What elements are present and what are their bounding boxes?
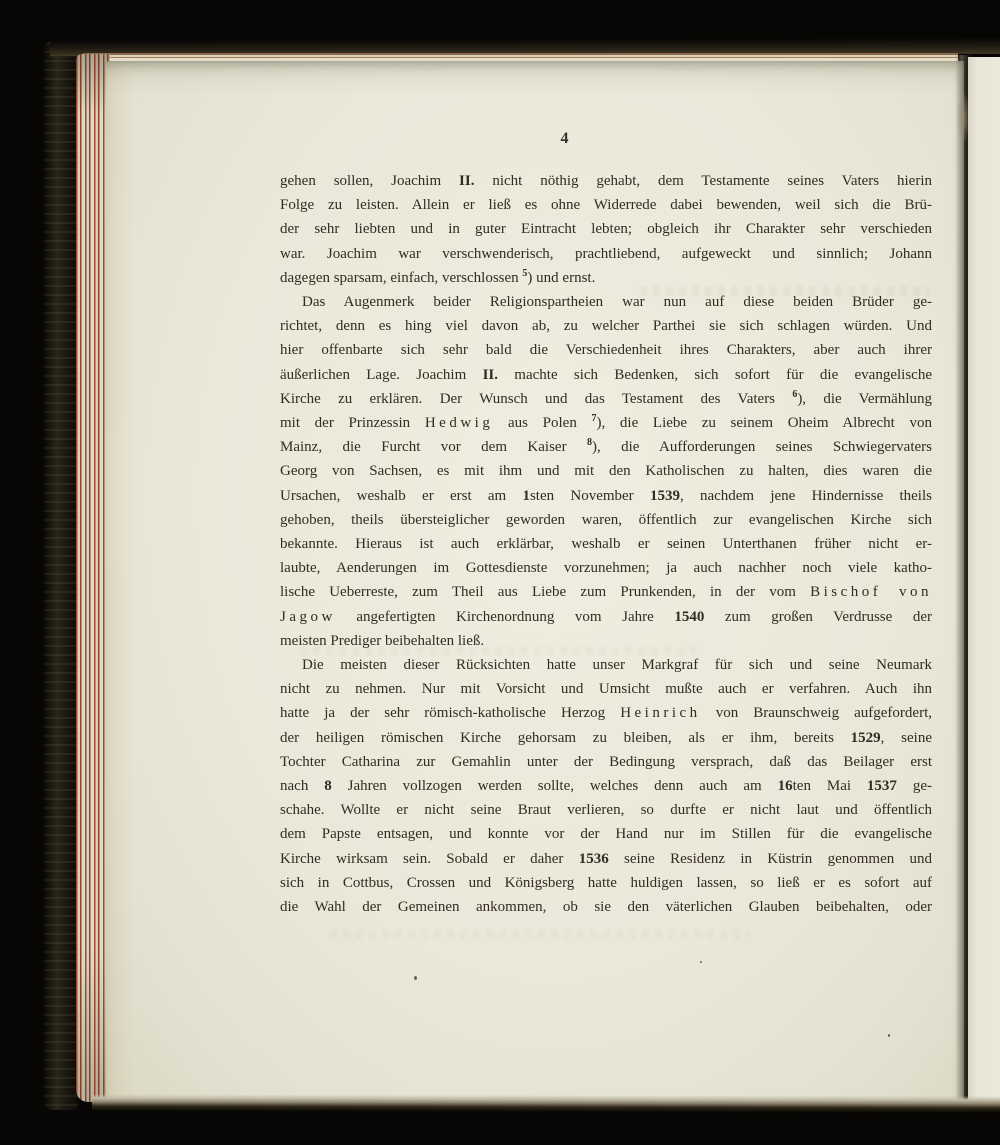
text-line: äußerlichen Lage. Joachim II. machte sic… [280, 363, 932, 387]
text-line: Folge zu leisten. Allein er ließ es ohne… [280, 193, 932, 217]
text-line: war. Joachim war verschwenderisch, prach… [280, 242, 932, 266]
text-line: lische Ueberreste, zum Theil aus Liebe z… [280, 580, 932, 604]
text-line: Tochter Catharina zur Gemahlin unter der… [280, 750, 932, 774]
text-line: Georg von Sachsen, es mit ihm und mit de… [280, 459, 932, 483]
text-line: richtet, denn es hing viel davon ab, zu … [280, 314, 932, 338]
text-line: der heiligen römischen Kirche gehorsam z… [280, 726, 932, 750]
text-line: nach 8 Jahren vollzogen werden sollte, w… [280, 774, 932, 798]
page-stack-bottom-edge [92, 1094, 1000, 1114]
text-line: bekannte. Hieraus ist auch erklärbar, we… [280, 532, 932, 556]
paper-speck [700, 961, 702, 963]
text-line: gehen sollen, Joachim II. nicht nöthig g… [280, 169, 932, 193]
text-line: laubte, Aenderungen im Gottesdienste vor… [280, 556, 932, 580]
text-line: nicht zu nehmen. Nur mit Vorsicht und Um… [280, 677, 932, 701]
text-line: Mainz, die Furcht vor dem Kaiser 8), die… [280, 435, 932, 459]
book-binding-edge [44, 42, 78, 1110]
text-line: meisten Prediger beibehalten ließ. [280, 629, 932, 653]
text-line: gehoben, theils übersteiglicher geworden… [280, 508, 932, 532]
text-line: Kirche zu erklären. Der Wunsch und das T… [280, 387, 932, 411]
page-stack-red-fore-edge [76, 54, 110, 1102]
text-line: Kirche wirksam sein. Sobald er daher 153… [280, 847, 932, 871]
text-line: der sehr liebten und in guter Eintracht … [280, 217, 932, 241]
text-line: schahe. Wollte er nicht seine Braut verl… [280, 798, 932, 822]
text-line: Jagow angefertigten Kirchenordnung vom J… [280, 605, 932, 629]
text-line: die Wahl der Gemeinen ankommen, ob sie d… [280, 895, 932, 919]
book-scan: 4 gehen sollen, Joachim II. nicht nöthig… [0, 0, 1000, 1145]
text-line: hatte ja der sehr römisch-katholische He… [280, 701, 932, 725]
text-line: Ursachen, weshalb er erst am 1sten Novem… [280, 484, 932, 508]
text-block: gehen sollen, Joachim II. nicht nöthig g… [280, 169, 932, 919]
text-line: mit der Prinzessin Hedwig aus Polen 7), … [280, 411, 932, 435]
text-line: sich in Cottbus, Crossen und Königsberg … [280, 871, 932, 895]
show-through-smudge [330, 930, 750, 939]
text-line: dagegen sparsam, einfach, verschlossen 5… [280, 266, 932, 290]
text-line: Die meisten dieser Rücksichten hatte uns… [280, 653, 932, 677]
next-page-sliver [968, 57, 1000, 1103]
text-line: dem Papste entsagen, und konnte vor der … [280, 822, 932, 846]
text-line: hier offenbarte sich sehr bald die Versc… [280, 338, 932, 362]
paper-speck [888, 1034, 890, 1037]
paper-speck [414, 976, 417, 980]
page-number: 4 [280, 130, 850, 148]
text-line: Das Augenmerk beider Religionspartheien … [280, 290, 932, 314]
